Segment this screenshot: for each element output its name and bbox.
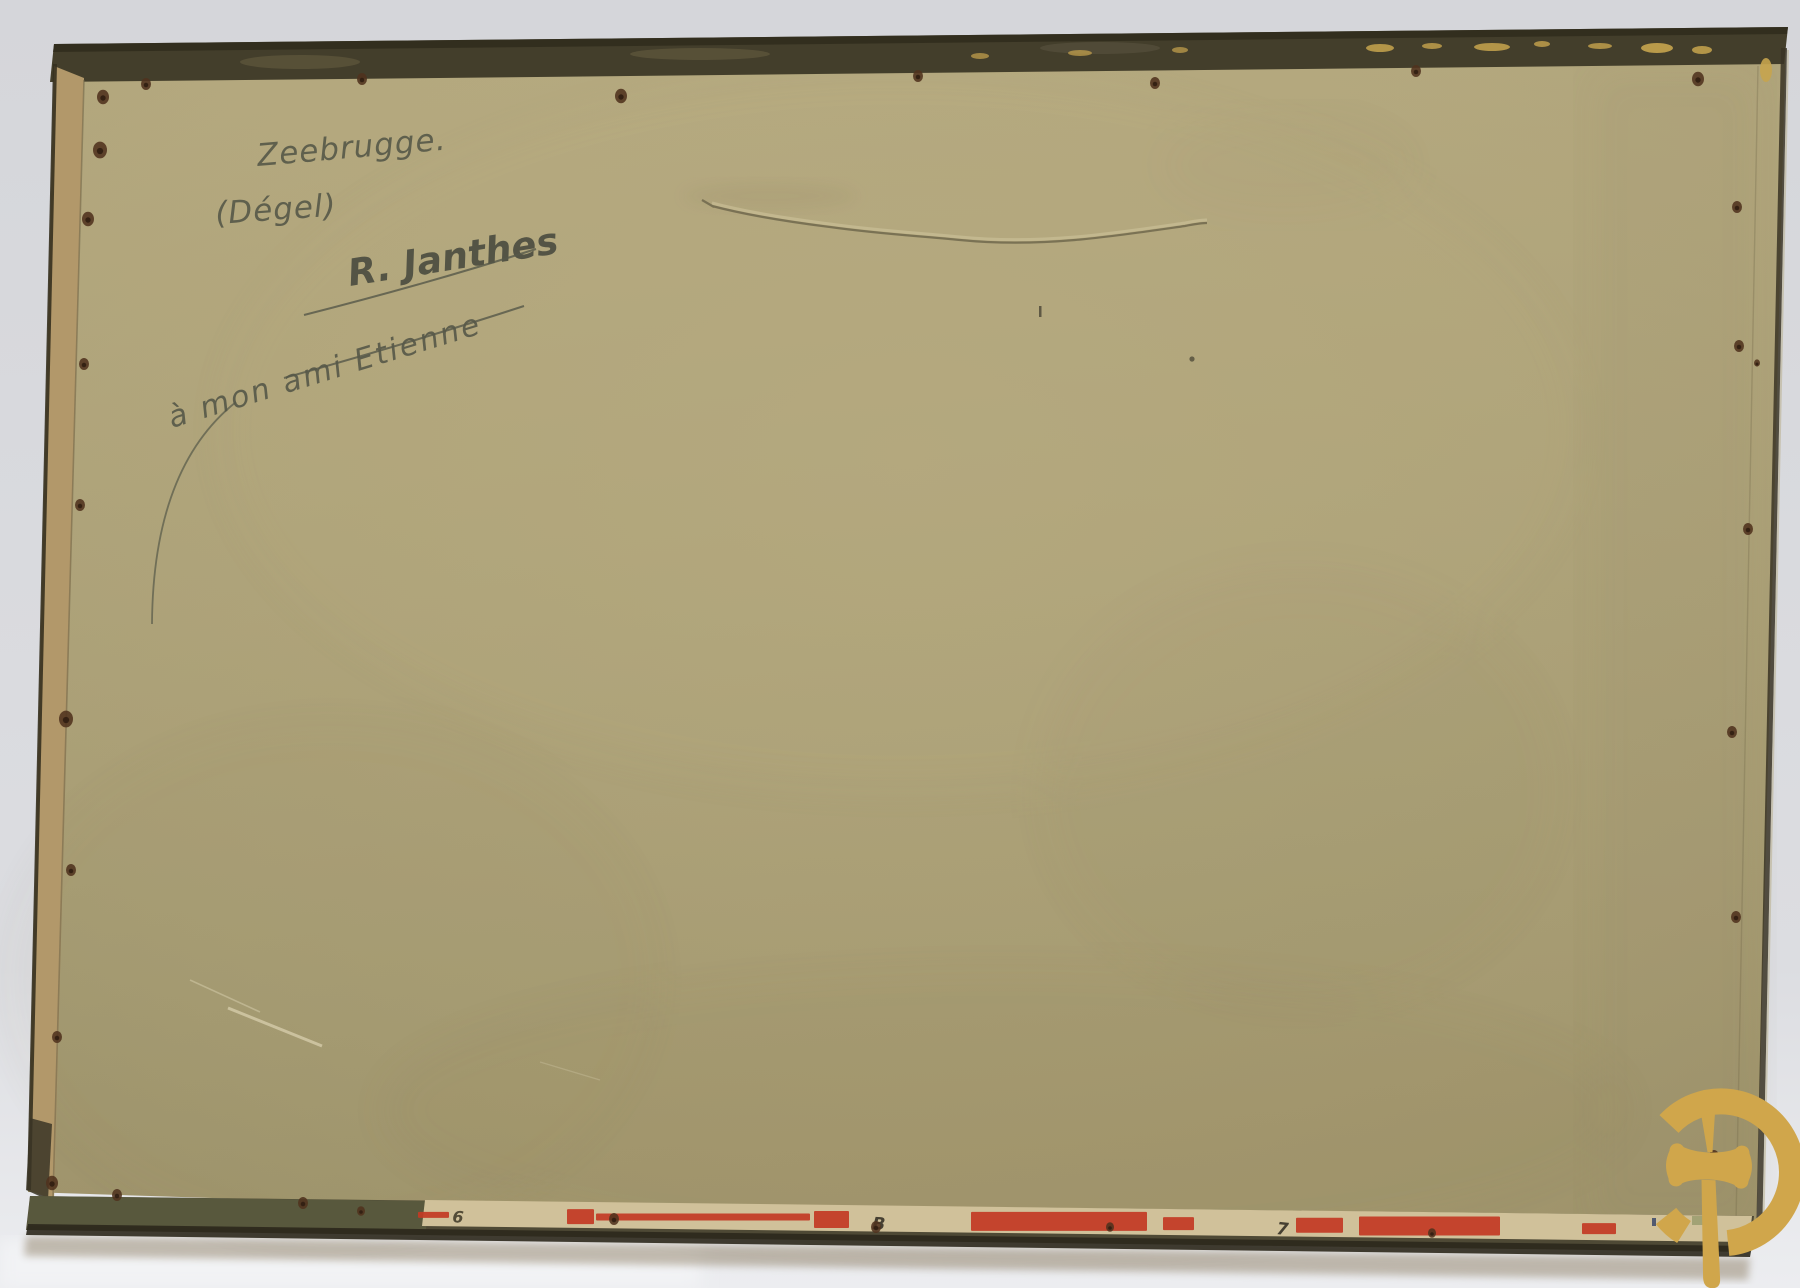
nail-center [63, 717, 69, 723]
edge-red-fragment [567, 1209, 594, 1224]
nail-center [1734, 916, 1739, 921]
photo-of-painting-back: 6 B 7 Zeebrugge. (Dégel) [0, 0, 1800, 1288]
artwork-photo: 6 B 7 Zeebrugge. (Dégel) [0, 0, 1800, 1288]
painting-frame-back: 6 B 7 Zeebrugge. (Dégel) [0, 27, 1788, 1257]
nail-center [1756, 363, 1759, 366]
nail-center [916, 75, 921, 80]
nail-center [49, 1181, 54, 1186]
watermark-d-arc-segment [1666, 1216, 1684, 1232]
edge-red-fragment [814, 1211, 849, 1228]
edge-red-fragment [1582, 1223, 1616, 1234]
nail-center [360, 78, 365, 83]
edge-red-fragment [1296, 1218, 1343, 1233]
edge-print-glyph: 7 [1275, 1219, 1289, 1240]
nail-center [1746, 528, 1751, 533]
nail-center [82, 363, 87, 368]
nail-center [100, 95, 105, 100]
nail-center [85, 217, 90, 222]
nail-center [69, 869, 74, 874]
edge-red-fragment [596, 1213, 810, 1220]
nail-center [115, 1194, 120, 1199]
edge-red-fragment [971, 1212, 1147, 1231]
nail-center [78, 504, 83, 509]
nail-center [1735, 206, 1740, 211]
nail-center [874, 1226, 879, 1231]
edge-red-fragment [1163, 1217, 1194, 1230]
nail-center [55, 1036, 60, 1041]
nail-center [1430, 1232, 1434, 1236]
nail-center [359, 1210, 363, 1214]
edge-print-glyph: 6 [452, 1207, 465, 1227]
nail-center [1730, 731, 1735, 736]
nail-center [1737, 345, 1742, 350]
nail-center [144, 83, 149, 88]
nail-center [301, 1202, 306, 1207]
edge-red-fragment [418, 1212, 449, 1218]
nail-center [1414, 70, 1419, 75]
nail-center [1153, 82, 1158, 87]
nail-center [618, 94, 623, 99]
nail-center [612, 1218, 617, 1223]
nail-center [1695, 77, 1700, 82]
nail-center [1108, 1226, 1112, 1230]
nail-center [97, 148, 103, 154]
